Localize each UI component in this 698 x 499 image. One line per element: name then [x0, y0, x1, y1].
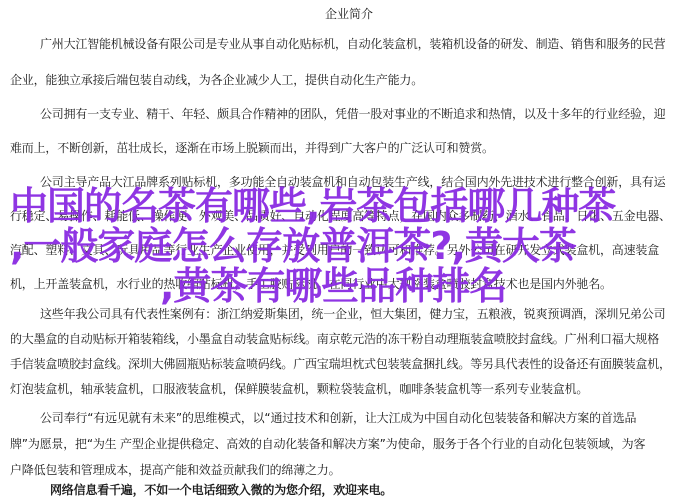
paragraph-line: 公司奉行“有远见就有未来”的思维模式，以“通过技术和创新，让大江成为中国自动化包…	[40, 410, 636, 426]
paragraph-line: 广州大江智能机械设备有限公司是专业从事自动化贴标机，自动化装盒机，装箱机设备的研…	[40, 36, 665, 52]
paragraph-line: 难而上，不断创新，茁壮成长，逐渐在市场上脱颖而出，并得到广大客户的广泛认可和赞赏…	[10, 140, 494, 156]
overlay-line-3: ,黄茶有哪些品种排名	[160, 266, 698, 306]
overlay-headline: 中国的名茶有哪些,岩茶包括哪几种茶 ,一般家庭怎么存放普洱茶?,黄大茶 ,黄茶有…	[10, 186, 698, 306]
paragraph-line: 手信装盒喷胶封盒线。深圳大佛圆瓶贴标装盒喷码线。广西宝瑞坦枕式包装装盒捆扎线。等…	[10, 356, 671, 372]
paragraph-line: 企业，能独立承接后端包装自动线，为各企业减少人工，提供自动化生产能力。	[10, 72, 423, 88]
paragraph-line: 牌”为愿景，把“为生 产型企业提供稳定、高效的自动化装备和解决方案”为使命，服务…	[10, 436, 645, 452]
paragraph-line: 灯泡装盒机，轴承装盒机，口服液装盒机，保鲜膜装盒机，颗粒袋装盒机，咖啡条装盒机等…	[10, 381, 588, 397]
paragraph-line: 的大墨盒的自动贴标开箱装箱线，小墨盒自动装盒贴标线。南京乾元浩的冻干粉自动理瓶装…	[10, 331, 659, 347]
document-title: 企业简介	[0, 6, 698, 22]
paragraph-line: 公司拥有一支专业、精干、年轻、颇具合作精神的团队，凭借一股对事业的不断追求和热情…	[40, 106, 665, 122]
paragraph-line: 户降低包装和管理成本，提高产能和效益贡献我们的绵薄之力。	[10, 462, 340, 478]
paragraph-line: 这些年我公司具有代表性案例有：浙江纳爱斯集团，统一企业，恒大集团，健力宝，五粮液…	[40, 306, 665, 322]
overlay-line-2: ,一般家庭怎么存放普洱茶?,黄大茶	[10, 226, 698, 266]
overlay-line-1: 中国的名茶有哪些,岩茶包括哪几种茶	[10, 186, 698, 226]
closing-line: 网络信息看千遍，不如一个电话细致入微的为您介绍，欢迎来电。	[50, 482, 392, 498]
